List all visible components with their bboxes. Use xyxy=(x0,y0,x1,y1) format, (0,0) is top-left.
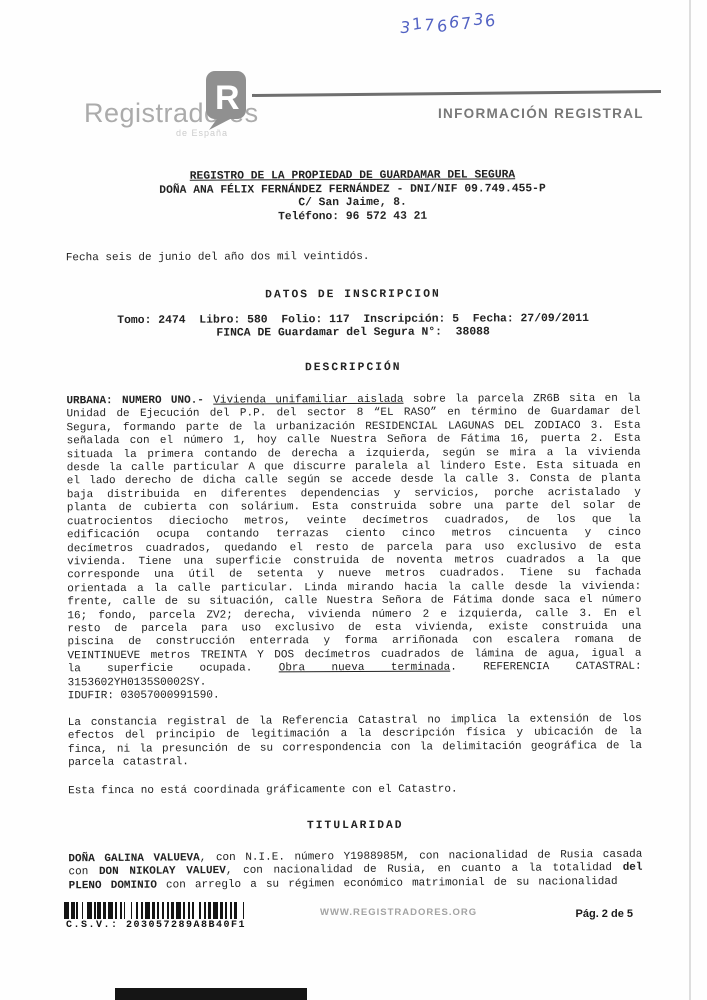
header-divider xyxy=(252,90,661,97)
page-number: Pág. 2 de 5 xyxy=(576,908,633,920)
document-page: 31766736 Registradores de España R INFOR… xyxy=(0,0,707,1000)
document-date-line: Fecha seis de junio del año dos mil vein… xyxy=(66,250,640,266)
finca-number-line: FINCA DE Guardamar del Segura N°: 38088 xyxy=(66,326,640,342)
registradores-logo: Registradores de España R xyxy=(84,66,284,146)
info-registral-banner: INFORMACIÓN REGISTRAL xyxy=(438,106,644,121)
svg-text:R: R xyxy=(215,79,240,117)
bottom-black-bar xyxy=(115,988,307,1000)
description-heading: DESCRIPCIÓN xyxy=(66,360,640,376)
handwritten-number: 31766736 xyxy=(400,11,498,37)
registradores-r-icon: R xyxy=(203,70,251,132)
inscription-heading: DATOS DE INSCRIPCION xyxy=(66,288,640,304)
description-paragraph: URBANA: NUMERO UNO.- Vivienda unifamilia… xyxy=(66,393,641,690)
ownership-paragraph: DOÑA GALINA VALUEVA, con N.I.E. número Y… xyxy=(68,849,642,894)
catastral-note-paragraph: La constancia registral de la Referencia… xyxy=(68,713,642,771)
csv-code: C.S.V.: 203057289A8B40F1 xyxy=(66,920,246,931)
barcode xyxy=(64,902,244,919)
scan-edge-artifact xyxy=(689,0,691,1000)
idufir-line: IDUFIR: 03057000991590. xyxy=(68,688,642,704)
document-body: REGISTRO DE LA PROPIEDAD DE GUARDAMAR DE… xyxy=(65,169,642,893)
ownership-heading: TITULARIDAD xyxy=(68,819,642,835)
website-text: WWW.REGISTRADORES.ORG xyxy=(320,907,477,918)
inscription-data-line: Tomo: 2474 Libro: 580 Folio: 117 Inscrip… xyxy=(66,313,640,329)
registry-phone-line: Teléfono: 96 572 43 21 xyxy=(66,209,640,225)
registry-header-block: REGISTRO DE LA PROPIEDAD DE GUARDAMAR DE… xyxy=(65,169,639,226)
catastro-coordination-line: Esta finca no está coordinada gráficamen… xyxy=(68,783,642,799)
